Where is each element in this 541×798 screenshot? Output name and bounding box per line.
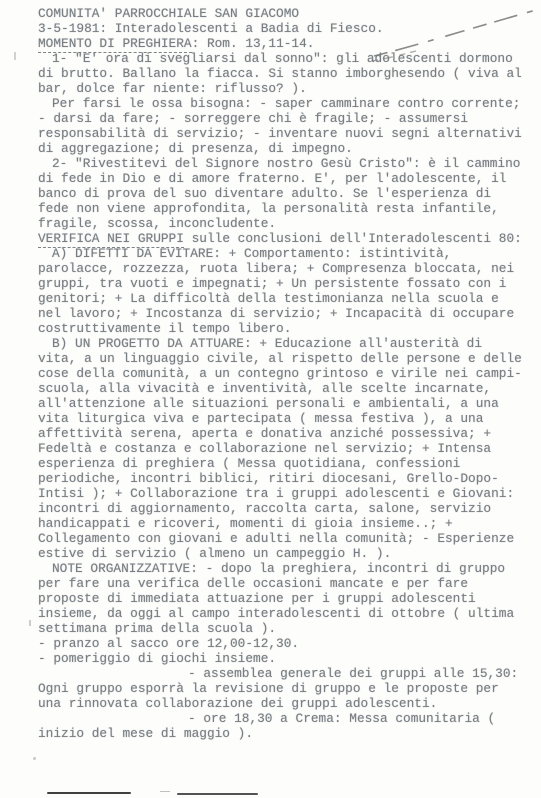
- schedule-item-games: - pomeriggio di giochi insieme.: [38, 651, 526, 666]
- typewritten-page: COMUNITA' PARROCCHIALE SAN GIACOMO 3-5-1…: [0, 0, 541, 798]
- notes-paragraph: NOTE ORGANIZZATIVE: - dopo la preghiera,…: [38, 561, 526, 636]
- scan-artifact: [14, 52, 16, 60]
- prayer-paragraph-3: 2- "Rivestitevi del Signore nostro Gesù …: [38, 156, 526, 231]
- schedule-item-mass: - ore 18,30 a Crema: Messa comunitaria (…: [38, 711, 526, 741]
- project-paragraph: B) UN PROGETTO DA ATTUARE: + Educazione …: [38, 336, 526, 561]
- defects-paragraph: A) DIFETTI DA EVITARE: + Comportamento: …: [38, 246, 526, 336]
- schedule-item-lunch: - pranzo al sacco ore 12,00-12,30.: [38, 636, 526, 651]
- bottom-rule-left: [47, 792, 131, 794]
- prayer-reference: : Rom. 13,11-14.: [192, 36, 315, 51]
- bottom-rule-right: [177, 793, 258, 795]
- scan-artifact: [29, 620, 31, 626]
- verification-heading-rest: sulle conclusioni dell'Interadolescenti …: [184, 231, 522, 246]
- bottom-rule-dash: [160, 791, 170, 792]
- org-title: COMUNITA' PARROCCHIALE SAN GIACOMO: [38, 6, 526, 21]
- scan-artifact: [33, 757, 36, 760]
- schedule-item-assembly: - assemblea generale dei gruppi alle 15,…: [38, 666, 526, 711]
- verification-heading-line: VERIFICA NEI GRUPPI sulle conclusioni de…: [38, 231, 526, 246]
- prayer-paragraph-2: Per farsi le ossa bisogna: - saper cammi…: [38, 96, 526, 156]
- notes-heading: NOTE ORGANIZZATIVE:: [52, 561, 198, 576]
- prayer-paragraph-1: 1- "E' ora di svegliarsi dal sonno": gli…: [38, 51, 526, 96]
- document-body: COMUNITA' PARROCCHIALE SAN GIACOMO 3-5-1…: [38, 6, 526, 741]
- date-line: 3-5-1981: Interadolescenti a Badia di Fi…: [38, 21, 526, 36]
- prayer-heading-line: MOMENTO DI PREGHIERA: Rom. 13,11-14.: [38, 36, 526, 51]
